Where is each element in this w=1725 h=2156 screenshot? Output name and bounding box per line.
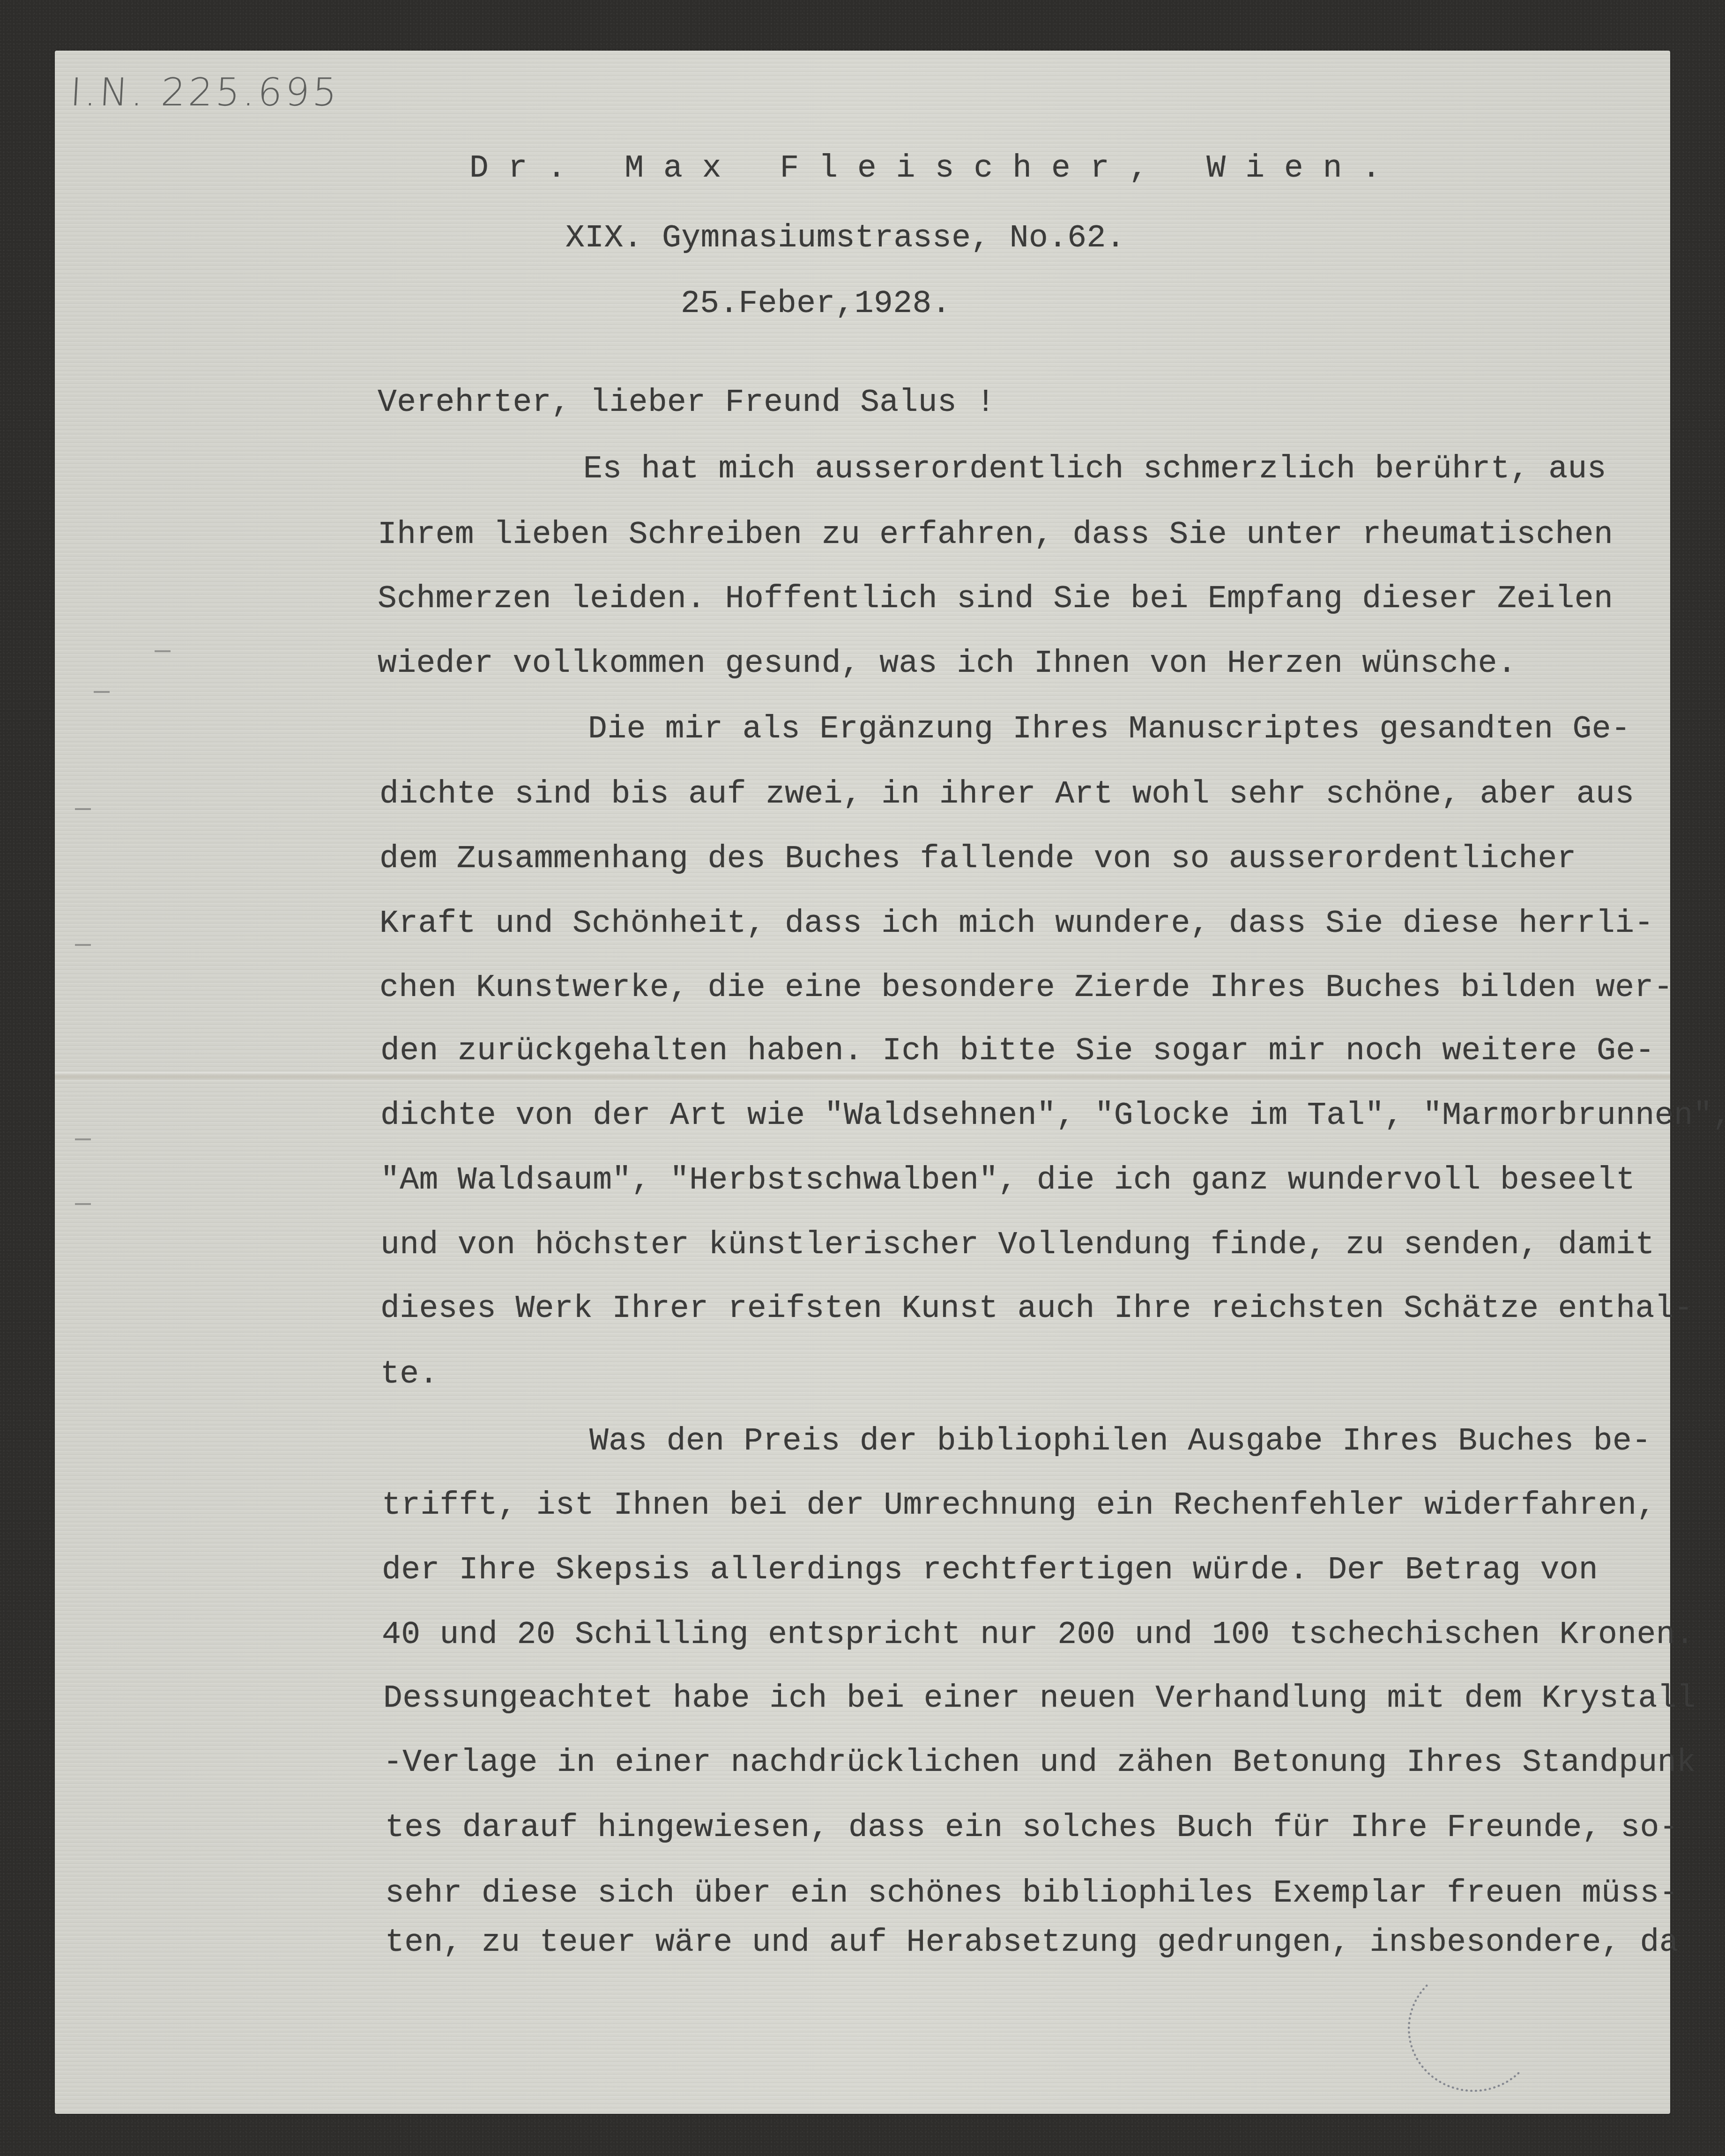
body-line: dichte von der Art wie "Waldsehnen", "Gl…: [380, 1097, 1725, 1135]
body-line: Schmerzen leiden. Hoffentlich sind Sie b…: [378, 580, 1613, 618]
faint-stamp: [1408, 1965, 1539, 2092]
body-line: dem Zusammenhang des Buches fallende von…: [379, 840, 1576, 878]
body-line: Es hat mich ausserordentlich schmerzlich…: [583, 451, 1606, 488]
inventory-number: I.N. 225.695: [69, 70, 341, 115]
body-line: ten, zu teuer wäre und auf Herabsetzung …: [385, 1924, 1679, 1962]
letter-date: 25.Feber,1928.: [681, 285, 951, 323]
letterhead-name: Dr. Max Fleischer, Wien.: [469, 150, 1400, 187]
body-line: Was den Preis der bibliophilen Ausgabe I…: [589, 1423, 1651, 1460]
body-line: Dessungeachtet habe ich bei einer neuen …: [383, 1680, 1696, 1717]
margin-mark: [75, 1138, 91, 1140]
margin-mark: [75, 808, 91, 810]
paper-fold-crease: [55, 1072, 1670, 1081]
body-line: chen Kunstwerke, die eine besondere Zier…: [379, 969, 1673, 1007]
body-line: trifft, ist Ihnen bei der Umrechnung ein…: [382, 1487, 1656, 1524]
body-line: te.: [380, 1356, 439, 1393]
body-line: "Am Waldsaum", "Herbstschwalben", die ic…: [380, 1162, 1635, 1199]
body-line: der Ihre Skepsis allerdings rechtfertige…: [382, 1552, 1598, 1589]
body-line: Ihrem lieben Schreiben zu erfahren, dass…: [378, 516, 1613, 554]
body-line: -Verlage in einer nachdrücklichen und zä…: [383, 1744, 1696, 1782]
margin-mark: [94, 691, 110, 693]
body-line: 40 und 20 Schilling entspricht nur 200 u…: [382, 1616, 1695, 1654]
body-line: tes darauf hingewiesen, dass ein solches…: [385, 1809, 1679, 1847]
body-line: sehr diese sich über ein schönes bibliop…: [385, 1875, 1679, 1912]
salutation: Verehrter, lieber Freund Salus !: [378, 384, 996, 422]
body-line: Kraft und Schönheit, dass ich mich wunde…: [379, 905, 1654, 943]
margin-mark: [155, 650, 171, 652]
letterhead-address: XIX. Gymnasiumstrasse, No.62.: [565, 220, 1125, 257]
body-line: dieses Werk Ihrer reifsten Kunst auch Ih…: [380, 1290, 1693, 1328]
body-line: Die mir als Ergänzung Ihres Manuscriptes…: [588, 711, 1630, 748]
body-line: wieder vollkommen gesund, was ich Ihnen …: [378, 645, 1517, 683]
margin-mark: [75, 944, 91, 946]
margin-mark: [75, 1203, 91, 1205]
body-line: und von höchster künstlerischer Vollendu…: [380, 1227, 1655, 1264]
body-line: den zurückgehalten haben. Ich bitte Sie …: [380, 1033, 1655, 1070]
letter-page: [55, 51, 1670, 2114]
body-line: dichte sind bis auf zwei, in ihrer Art w…: [379, 776, 1634, 813]
